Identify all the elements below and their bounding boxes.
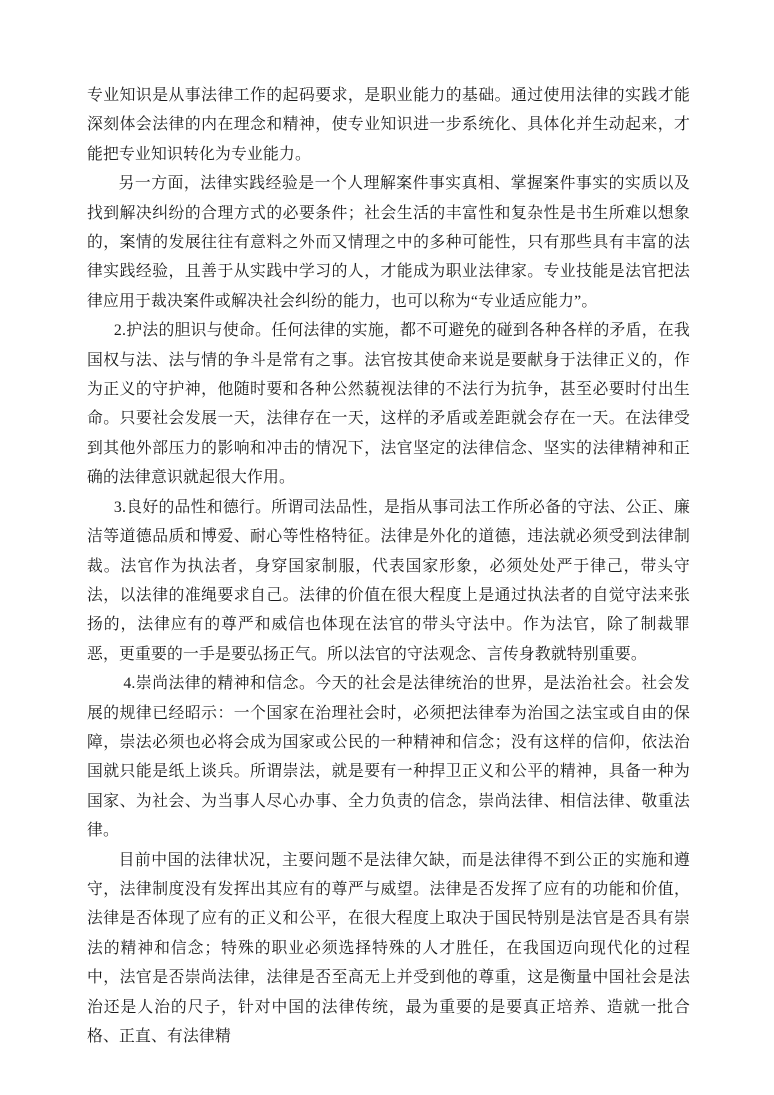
paragraph-5-item-4-spirit-of-law: 4.崇尚法律的精神和信念。今天的社会是法律统治的世界，是法治社会。社会发展的规律…	[87, 669, 690, 845]
document-page: 专业知识是从事法律工作的起码要求，是职业能力的基础。通过使用法律的实践才能深刻体…	[0, 0, 774, 1095]
paragraph-6-current-legal-situation: 目前中国的法律状况，主要问题不是法律欠缺，而是法律得不到公正的实施和遵守，法律制…	[87, 846, 690, 1052]
paragraph-4-item-3-character-and-virtue: 3.良好的品性和德行。所谓司法品性，是指从事司法工作所必备的守法、公正、廉洁等道…	[87, 493, 690, 669]
paragraph-1: 专业知识是从事法律工作的起码要求，是职业能力的基础。通过使用法律的实践才能深刻体…	[87, 81, 690, 169]
paragraph-3-item-2-courage-and-mission: 2.护法的胆识与使命。任何法律的实施，都不可避免的碰到各种各样的矛盾，在我国权与…	[87, 316, 690, 492]
text-block: 专业知识是从事法律工作的起码要求，是职业能力的基础。通过使用法律的实践才能深刻体…	[87, 81, 690, 1051]
paragraph-2: 另一方面，法律实践经验是一个人理解案件事实真相、掌握案件事实的实质以及找到解决纠…	[87, 169, 690, 316]
